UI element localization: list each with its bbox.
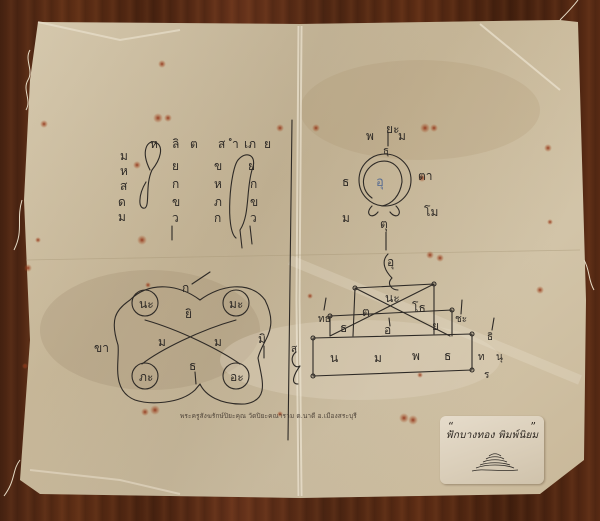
svg-text:ข: ข (172, 195, 180, 209)
svg-text:ทธ: ทธ (318, 314, 331, 325)
svg-text:ท: ท (478, 352, 485, 363)
svg-text:ส: ส (291, 344, 297, 355)
svg-text:ชะ: ชะ (455, 314, 467, 325)
svg-text:ลิ: ลิ (172, 137, 179, 151)
svg-text:นะ: นะ (385, 291, 400, 305)
svg-text:ม: ม (374, 351, 382, 365)
stupa-stamp-icon (470, 446, 520, 474)
svg-text:ภะ: ภะ (139, 370, 153, 384)
svg-text:ย: ย (172, 159, 179, 173)
svg-text:ตุ: ตุ (380, 217, 388, 232)
svg-text:อุ: อุ (387, 255, 394, 270)
svg-text:ตา: ตา (418, 169, 433, 183)
svg-text:ก: ก (172, 177, 179, 191)
svg-text:ต: ต (362, 305, 370, 319)
svg-text:ย: ย (264, 137, 271, 151)
svg-text:มิ: มิ (258, 332, 266, 346)
svg-text:ม: ม (214, 335, 222, 349)
svg-text:ม: ม (398, 129, 406, 143)
svg-text:ม: ม (158, 335, 166, 349)
svg-text:ก: ก (250, 177, 257, 191)
svg-text:ม: ม (342, 211, 350, 225)
svg-text:ข: ข (214, 159, 222, 173)
svg-text:นะ: นะ (139, 297, 154, 311)
paper-label-card: “ ” ฟักบางทอง พิมพ์นิยม (440, 416, 544, 484)
cloth-caption: พระครูสังฆรักษ์ปิยะคุณ วัดปิยะคณาราม ต.น… (180, 411, 357, 421)
label-text: ฟักบางทอง พิมพ์นิยม (440, 428, 544, 443)
svg-text:มะ: มะ (229, 297, 243, 311)
svg-text:ห: ห (214, 177, 222, 191)
svg-text:ว: ว (250, 211, 257, 225)
svg-text:ธ: ธ (189, 359, 196, 373)
svg-text:ต: ต (190, 137, 198, 151)
svg-text:เภ: เภ (244, 137, 256, 151)
svg-text:โม: โม (424, 205, 438, 219)
svg-text:ก: ก (214, 211, 221, 225)
svg-text:ย: ย (432, 319, 439, 333)
svg-text:โธ: โธ (412, 301, 426, 315)
svg-text:ธ: ธ (444, 349, 451, 363)
svg-text:ภ: ภ (214, 195, 222, 209)
blue-center-glyph: อุ (376, 175, 384, 190)
svg-text:พ: พ (412, 349, 420, 363)
svg-text:ห: ห (120, 164, 128, 178)
svg-text:ธ: ธ (340, 321, 347, 335)
svg-text:ข: ข (250, 195, 258, 209)
svg-text:ธิ: ธิ (487, 332, 493, 343)
svg-text:ยิ: ยิ (185, 307, 192, 321)
svg-text:ว: ว (172, 211, 179, 225)
svg-text:ธุ: ธุ (383, 146, 389, 157)
svg-text:ร: ร (484, 370, 490, 381)
svg-text:พ: พ (366, 129, 374, 143)
svg-text:น: น (330, 351, 338, 365)
svg-text:ส: ส (218, 137, 226, 151)
svg-text:ม: ม (120, 149, 128, 163)
svg-text:ม: ม (118, 210, 126, 224)
svg-text:ธ: ธ (342, 175, 349, 189)
svg-text:นุ: นุ (496, 352, 503, 363)
svg-text:ขา: ขา (94, 341, 109, 355)
svg-text:ด: ด (118, 195, 126, 209)
svg-text:ห: ห (150, 137, 158, 151)
svg-text:อะ: อะ (230, 370, 244, 384)
svg-text:ส: ส (120, 179, 128, 193)
